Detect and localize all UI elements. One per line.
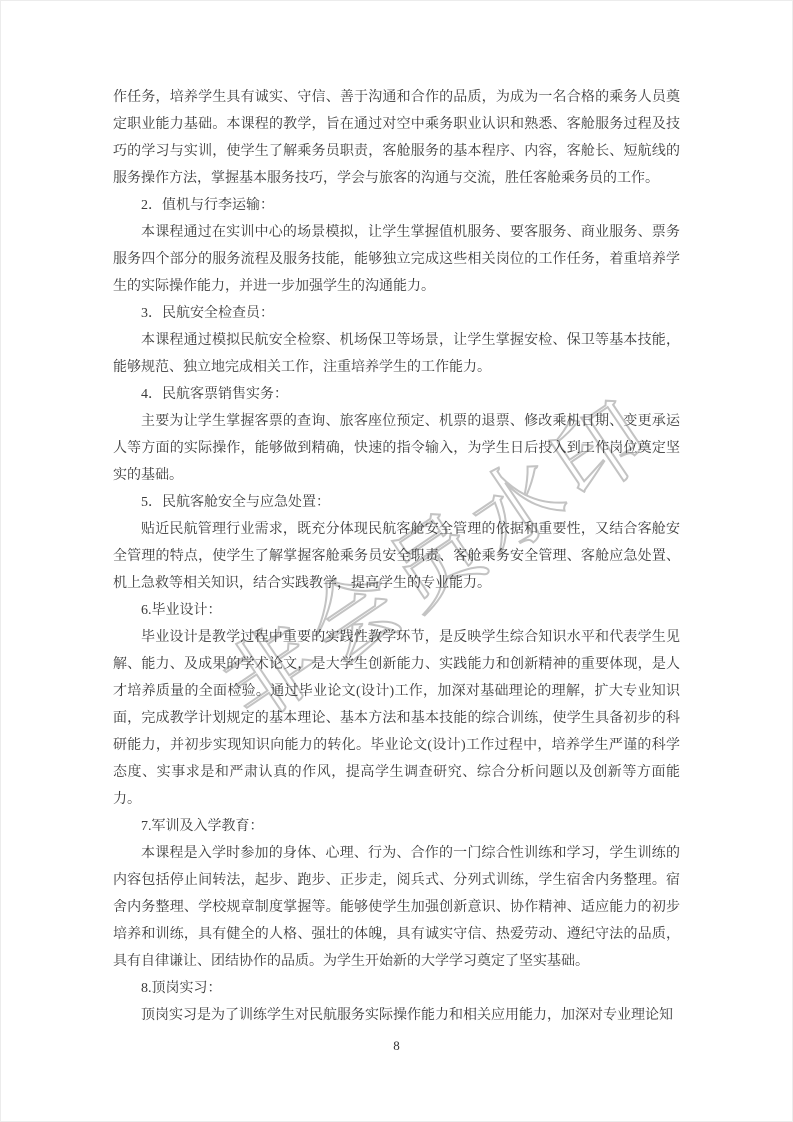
paragraph: 主要为让学生掌握客票的查询、旅客座位预定、机票的退票、修改乘机日期、变更承运人等… xyxy=(113,408,680,489)
document-body: 作任务，培养学生具有诚实、守信、善于沟通和合作的品质，为成为一名合格的乘务人员奠… xyxy=(113,84,680,1029)
section-heading: 6.毕业设计： xyxy=(113,597,680,624)
paragraph: 毕业设计是教学过程中重要的实践性教学环节，是反映学生综合知识水平和代表学生见解、… xyxy=(113,624,680,813)
section-heading: 7.军训及入学教育： xyxy=(113,813,680,840)
section-heading: 5．民航客舱安全与应急处置： xyxy=(113,489,680,516)
paragraph: 本课程通过模拟民航安全检察、机场保卫等场景，让学生掌握安检、保卫等基本技能，能够… xyxy=(113,327,680,381)
section-heading: 2．值机与行李运输： xyxy=(113,192,680,219)
section-heading: 8.顶岗实习： xyxy=(113,975,680,1002)
section-heading: 3．民航安全检查员： xyxy=(113,300,680,327)
document-page: 非会员水印 作任务，培养学生具有诚实、守信、善于沟通和合作的品质，为成为一名合格… xyxy=(0,0,793,1122)
page-number: 8 xyxy=(0,1038,793,1054)
paragraph: 顶岗实习是为了训练学生对民航服务实际操作能力和相关应用能力，加深对专业理论知 xyxy=(113,1002,680,1029)
paragraph: 本课程通过在实训中心的场景模拟，让学生掌握值机服务、要客服务、商业服务、票务服务… xyxy=(113,219,680,300)
paragraph: 本课程是入学时参加的身体、心理、行为、合作的一门综合性训练和学习，学生训练的内容… xyxy=(113,840,680,975)
paragraph: 贴近民航管理行业需求，既充分体现民航客舱安全管理的依据和重要性，又结合客舱安全管… xyxy=(113,516,680,597)
section-heading: 4．民航客票销售实务： xyxy=(113,381,680,408)
paragraph: 作任务，培养学生具有诚实、守信、善于沟通和合作的品质，为成为一名合格的乘务人员奠… xyxy=(113,84,680,192)
